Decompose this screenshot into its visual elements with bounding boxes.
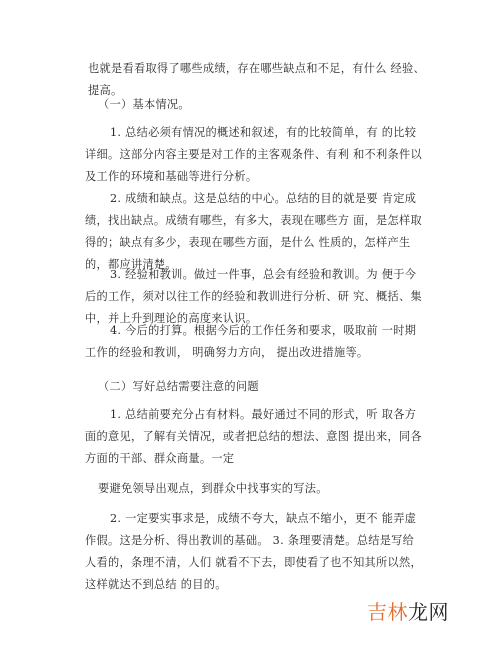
watermark-part-a: 吉林 — [367, 600, 408, 624]
section-heading-basic: （一）基本情况。 — [98, 94, 420, 116]
watermark-part-b: 龙网 — [408, 600, 449, 624]
paragraph-overview: 1. 总结必须有情况的概述和叙述，有的比较简单，有 的比较详细。这部分内容主要是… — [85, 122, 425, 188]
document-page: 也就是看看取得了哪些成绩，存在哪些缺点和不足，有什么 经验、提高。 （一）基本情… — [0, 0, 500, 647]
paragraph-facts: 2. 一定要实事求是，成绩不夸大，缺点不缩小，更不 能弄虚作假。这是分析、得出教… — [85, 508, 425, 596]
paragraph-materials: 1. 总结前要充分占有材料。最好通过不同的形式，听 取各方面的意见，了解有关情况… — [85, 404, 425, 470]
paragraph-plans: 4. 今后的打算。根据今后的工作任务和要求，吸取前 一时期工作的经验和教训， 明… — [85, 320, 425, 364]
watermark-logo: 吉林龙网 — [367, 596, 449, 625]
paragraph-achievements: 2. 成绩和缺点。这是总结的中心。总结的目的就是要 肯定成绩，找出缺点。成绩有哪… — [85, 188, 425, 276]
section-heading-issues: （二）写好总结需要注意的问题 — [98, 376, 420, 398]
paragraph-avoid: 要避免领导出观点，到群众中找事实的写法。 — [98, 478, 420, 500]
